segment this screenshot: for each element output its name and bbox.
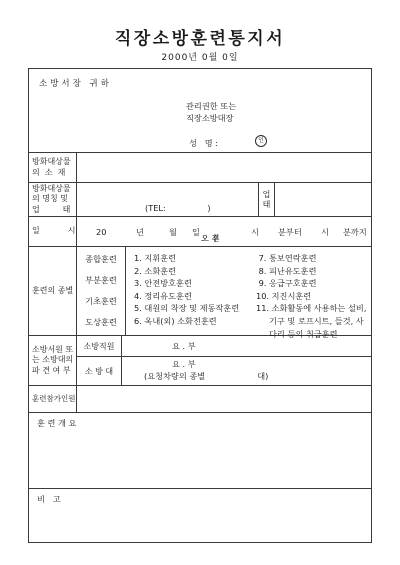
dispatch-brigade-row: 소 방 대 요 . 부 (요청차량의 종별 대) — [77, 357, 371, 385]
property-name-value-cell: (TEL: ) — [77, 183, 259, 216]
category-partial: 부분훈련 — [85, 275, 117, 286]
row-datetime: 일 시 20 년 월 일 오 전오 후 시 분부터 시 분까지 — [29, 217, 371, 247]
pm-text: 오 후 — [201, 234, 219, 242]
business-type-value — [275, 183, 371, 216]
brigade-vehicle-note: (요청차량의 종별 대) — [144, 371, 268, 382]
drill-items-right: 7. 통보연락훈련 8. 피난유도훈련 9. 응급구호훈련 10. 지진시훈련 … — [256, 252, 366, 340]
drill-categories: 종합훈련 부분훈련 기초훈련 도상훈련 — [77, 247, 126, 335]
property-location-label: 방화대상물 의 소 재 — [29, 153, 77, 182]
form-table: 소방서장 귀하 관리권한 또는 직장소방대장 성 명 : 인 방화대상물 의 소… — [28, 68, 372, 489]
business-type-label: 업 태 — [259, 183, 275, 216]
row-participants: 훈련참가인원 — [29, 386, 371, 413]
remarks-box: 비 고 — [28, 488, 372, 543]
row-property-name-business: 방화대상물 의 명칭 및 업 태 (TEL: ) 업 태 — [29, 183, 371, 217]
telephone-field: (TEL: ) — [145, 203, 211, 213]
header-section: 소방서장 귀하 관리권한 또는 직장소방대장 성 명 : 인 — [29, 69, 371, 153]
staff-label: 소방직원 — [77, 336, 122, 356]
row-drill-overview: 훈 련 개 요 — [29, 413, 371, 488]
recipient-text: 소방서장 귀하 — [39, 77, 112, 89]
category-map: 도상훈련 — [85, 317, 117, 328]
document-title: 직장소방훈련통지서 — [0, 24, 400, 49]
document-date: 2000년 0월 0일 — [0, 50, 400, 63]
hour-to-suffix: 시 — [321, 227, 329, 238]
dispatch-content: 소방직원 요 . 부 소 방 대 요 . 부 (요청차량의 종별 대) — [77, 336, 371, 385]
dispatch-label: 소방서원 또 는 소방대의 파 견 여 부 — [29, 336, 77, 385]
fire-drill-notice-document: 직장소방훈련통지서 2000년 0월 0일 소방서장 귀하 관리권한 또는 직장… — [0, 0, 400, 565]
drill-items-left: 1. 지휘훈련 2. 소화훈련 3. 안전방호훈련 4. 정리유도훈련 5. 대… — [134, 252, 239, 328]
hour-from-suffix: 시 — [251, 227, 259, 238]
property-name-label: 방화대상물 의 명칭 및 업 태 — [29, 183, 77, 216]
row-property-location: 방화대상물 의 소 재 — [29, 153, 371, 183]
category-comprehensive: 종합훈련 — [85, 254, 117, 265]
datetime-value-cell: 20 년 월 일 오 전오 후 시 분부터 시 분까지 — [77, 217, 371, 246]
datetime-label: 일 시 — [29, 217, 77, 246]
brigade-label: 소 방 대 — [77, 357, 122, 385]
remarks-label: 비 고 — [37, 494, 61, 505]
drill-overview-label: 훈 련 개 요 — [37, 418, 76, 429]
minute-from-suffix: 분부터 — [278, 227, 302, 238]
minute-to-suffix: 분까지 — [343, 227, 367, 238]
authority-text: 관리권한 또는 직장소방대장 — [186, 100, 236, 124]
category-basic: 기초훈련 — [85, 296, 117, 307]
seal-stamp-icon: 인 — [255, 135, 267, 147]
day-suffix: 일 — [192, 227, 200, 238]
participants-label: 훈련참가인원 — [29, 386, 77, 412]
brigade-content: 요 . 부 (요청차량의 종별 대) — [122, 357, 371, 385]
signer-name-label: 성 명 : — [189, 138, 218, 149]
property-location-value — [77, 153, 371, 182]
row-dispatch: 소방서원 또 는 소방대의 파 견 여 부 소방직원 요 . 부 소 방 대 요… — [29, 336, 371, 386]
row-drill-type: 훈련의 종별 종합훈련 부분훈련 기초훈련 도상훈련 1. 지휘훈련 2. 소화… — [29, 247, 371, 336]
year-prefix: 20 — [96, 227, 106, 237]
participants-value — [77, 386, 371, 412]
seal-character: 인 — [256, 136, 266, 146]
month-suffix: 월 — [169, 227, 177, 238]
drill-items-cell: 1. 지휘훈련 2. 소화훈련 3. 안전방호훈련 4. 정리유도훈련 5. 대… — [126, 247, 371, 335]
drill-type-label: 훈련의 종별 — [29, 247, 77, 335]
brigade-yes-no: 요 . 부 — [172, 359, 196, 370]
year-suffix: 년 — [136, 227, 144, 238]
